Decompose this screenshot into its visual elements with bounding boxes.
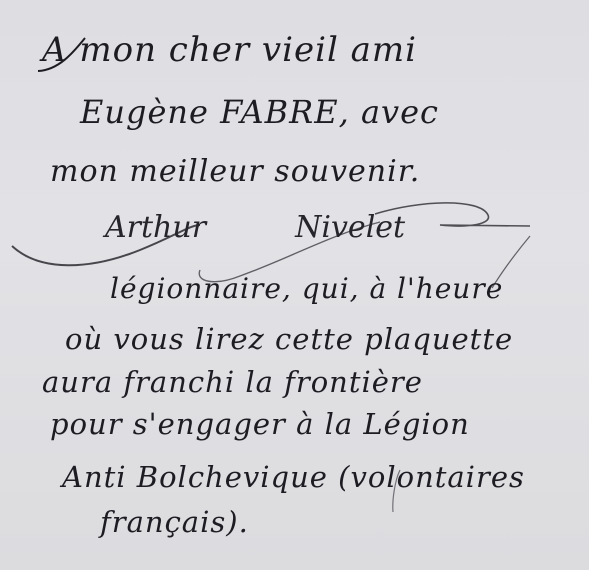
note-line-4: pour s'engager à la Légion <box>50 407 470 441</box>
note-line-2: où vous lirez cette plaquette <box>65 322 513 356</box>
signature: Arthur Nivelet <box>105 210 405 245</box>
signature-last-name: Nivelet <box>295 210 405 245</box>
note-line-6: français). <box>100 505 249 539</box>
paper-page: A mon cher vieil ami Eugène FABRE, avec … <box>0 0 589 570</box>
signature-first-name: Arthur <box>105 210 206 245</box>
dedication-line-1: A mon cher vieil ami <box>42 30 417 70</box>
dedication-line-2: Eugène FABRE, avec <box>80 93 439 131</box>
note-line-5: Anti Bolchevique (volontaires <box>62 460 525 494</box>
note-line-3: aura franchi la frontière <box>42 365 423 399</box>
note-line-1: légionnaire, qui, à l'heure <box>110 272 503 305</box>
dedication-line-3: mon meilleur souvenir. <box>50 154 420 189</box>
